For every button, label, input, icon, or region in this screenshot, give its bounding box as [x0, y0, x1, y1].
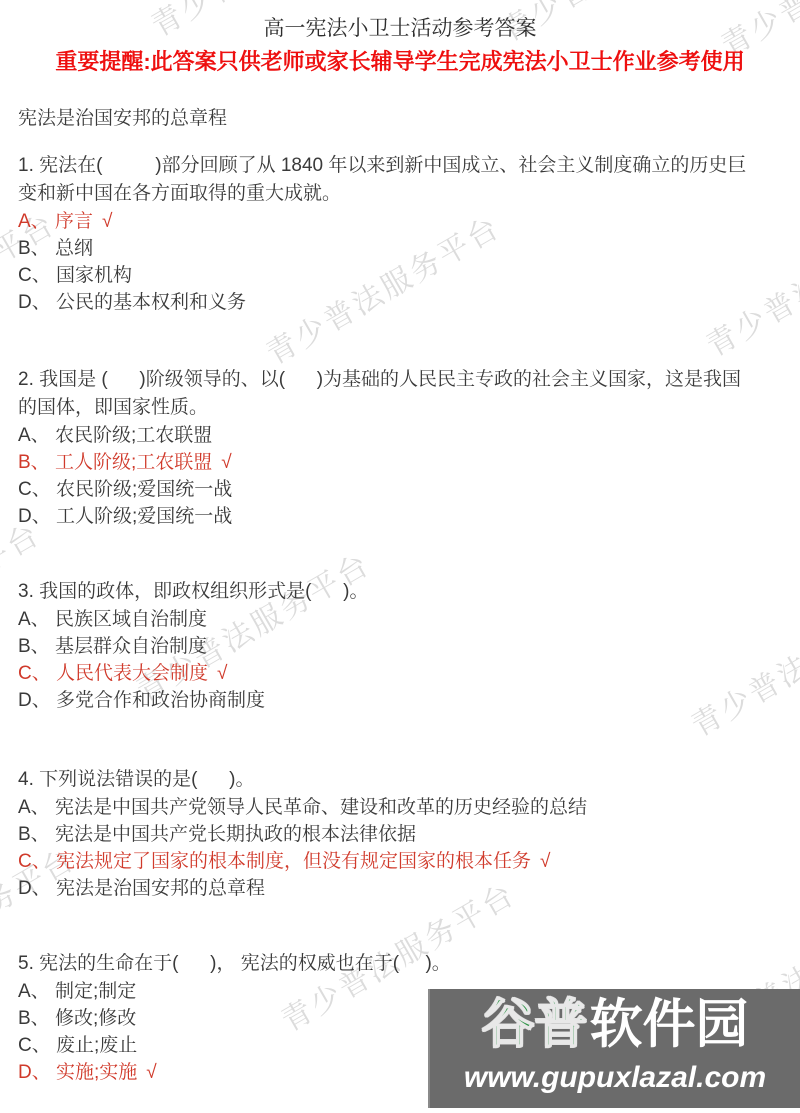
option-text: D、 公民的基本权利和义务: [18, 292, 246, 313]
option-a: A、 农民阶级;工农联盟: [18, 422, 758, 449]
question-stem: 1. 宪法在( )部分回顾了从 1840 年以来到新中国成立、社会主义制度确立的…: [18, 152, 758, 208]
option-text: A、 民族区域自治制度: [18, 609, 207, 630]
section-heading: 宪法是治国安邦的总章程: [18, 103, 227, 130]
option-text: B、 工人阶级;工农联盟: [18, 452, 212, 473]
option-text: D、 实施;实施: [18, 1062, 137, 1083]
document-page: 青少普法服务平台 青少普法服务平台 青少普法服务平台 青少普法服务平台 青少普法…: [0, 0, 800, 1113]
page-title: 高一宪法小卫士活动参考答案: [0, 12, 800, 42]
logo-text-white: 软件园: [590, 995, 749, 1054]
option-text: A、 宪法是中国共产党领导人民革命、建设和改革的历史经验的总结: [18, 797, 587, 818]
option-c: C、 农民阶级;爱国统一战: [18, 476, 758, 503]
check-mark: √: [146, 1062, 156, 1083]
option-text: B、 基层群众自治制度: [18, 636, 207, 657]
option-d: D、 公民的基本权利和义务: [18, 289, 758, 316]
warning-notice: 重要提醒:此答案只供老师或家长辅导学生完成宪法小卫士作业参考使用: [0, 45, 800, 76]
option-text: C、 宪法规定了国家的根本制度，但没有规定国家的根本任务: [18, 851, 531, 872]
site-logo-brand: 谷普软件园: [430, 994, 800, 1056]
option-text: B、 修改;修改: [18, 1008, 136, 1029]
option-b: B、 总纲: [18, 235, 758, 262]
option-b: B、 基层群众自治制度: [18, 633, 758, 660]
option-c: C、 国家机构: [18, 262, 758, 289]
option-text: D、 宪法是治国安邦的总章程: [18, 878, 265, 899]
option-text: C、 人民代表大会制度: [18, 663, 208, 684]
question-stem: 5. 宪法的生命在于( )， 宪法的权威也在于( )。: [18, 950, 758, 978]
option-a: A、 序言√: [18, 208, 758, 235]
site-logo: 谷普软件园 www.gupuxlazal.com: [428, 989, 800, 1108]
option-text: B、 宪法是中国共产党长期执政的根本法律依据: [18, 824, 416, 845]
question-3: 3. 我国的政体，即政权组织形式是( )。 A、 民族区域自治制度 B、 基层群…: [18, 578, 758, 714]
option-c: C、 宪法规定了国家的根本制度，但没有规定国家的根本任务√: [18, 848, 758, 875]
option-text: D、 多党合作和政治协商制度: [18, 690, 265, 711]
question-4: 4. 下列说法错误的是( )。 A、 宪法是中国共产党领导人民革命、建设和改革的…: [18, 766, 758, 902]
option-c: C、 人民代表大会制度√: [18, 660, 758, 687]
option-text: C、 废止;废止: [18, 1035, 137, 1056]
option-b: B、 宪法是中国共产党长期执政的根本法律依据: [18, 821, 758, 848]
option-b: B、 工人阶级;工农联盟√: [18, 449, 758, 476]
option-text: C、 国家机构: [18, 265, 132, 286]
option-a: A、 宪法是中国共产党领导人民革命、建设和改革的历史经验的总结: [18, 794, 758, 821]
option-d: D、 工人阶级;爱国统一战: [18, 503, 758, 530]
logo-text-green: 谷普: [482, 995, 588, 1054]
option-a: A、 民族区域自治制度: [18, 606, 758, 633]
question-stem: 2. 我国是 ( )阶级领导的、以( )为基础的人民民主专政的社会主义国家，这是…: [18, 366, 758, 422]
option-text: A、 序言: [18, 211, 93, 232]
logo-url: www.gupuxlazal.com: [430, 1056, 800, 1100]
question-stem: 4. 下列说法错误的是( )。: [18, 766, 758, 794]
check-mark: √: [102, 211, 112, 232]
option-text: C、 农民阶级;爱国统一战: [18, 479, 232, 500]
check-mark: √: [540, 851, 550, 872]
question-stem: 3. 我国的政体，即政权组织形式是( )。: [18, 578, 758, 606]
option-text: A、 农民阶级;工农联盟: [18, 425, 212, 446]
question-2: 2. 我国是 ( )阶级领导的、以( )为基础的人民民主专政的社会主义国家，这是…: [18, 366, 758, 530]
check-mark: √: [217, 663, 227, 684]
option-d: D、 多党合作和政治协商制度: [18, 687, 758, 714]
option-text: B、 总纲: [18, 238, 93, 259]
check-mark: √: [221, 452, 231, 473]
option-text: A、 制定;制定: [18, 981, 136, 1002]
question-1: 1. 宪法在( )部分回顾了从 1840 年以来到新中国成立、社会主义制度确立的…: [18, 152, 758, 316]
option-text: D、 工人阶级;爱国统一战: [18, 506, 232, 527]
option-d: D、 宪法是治国安邦的总章程: [18, 875, 758, 902]
